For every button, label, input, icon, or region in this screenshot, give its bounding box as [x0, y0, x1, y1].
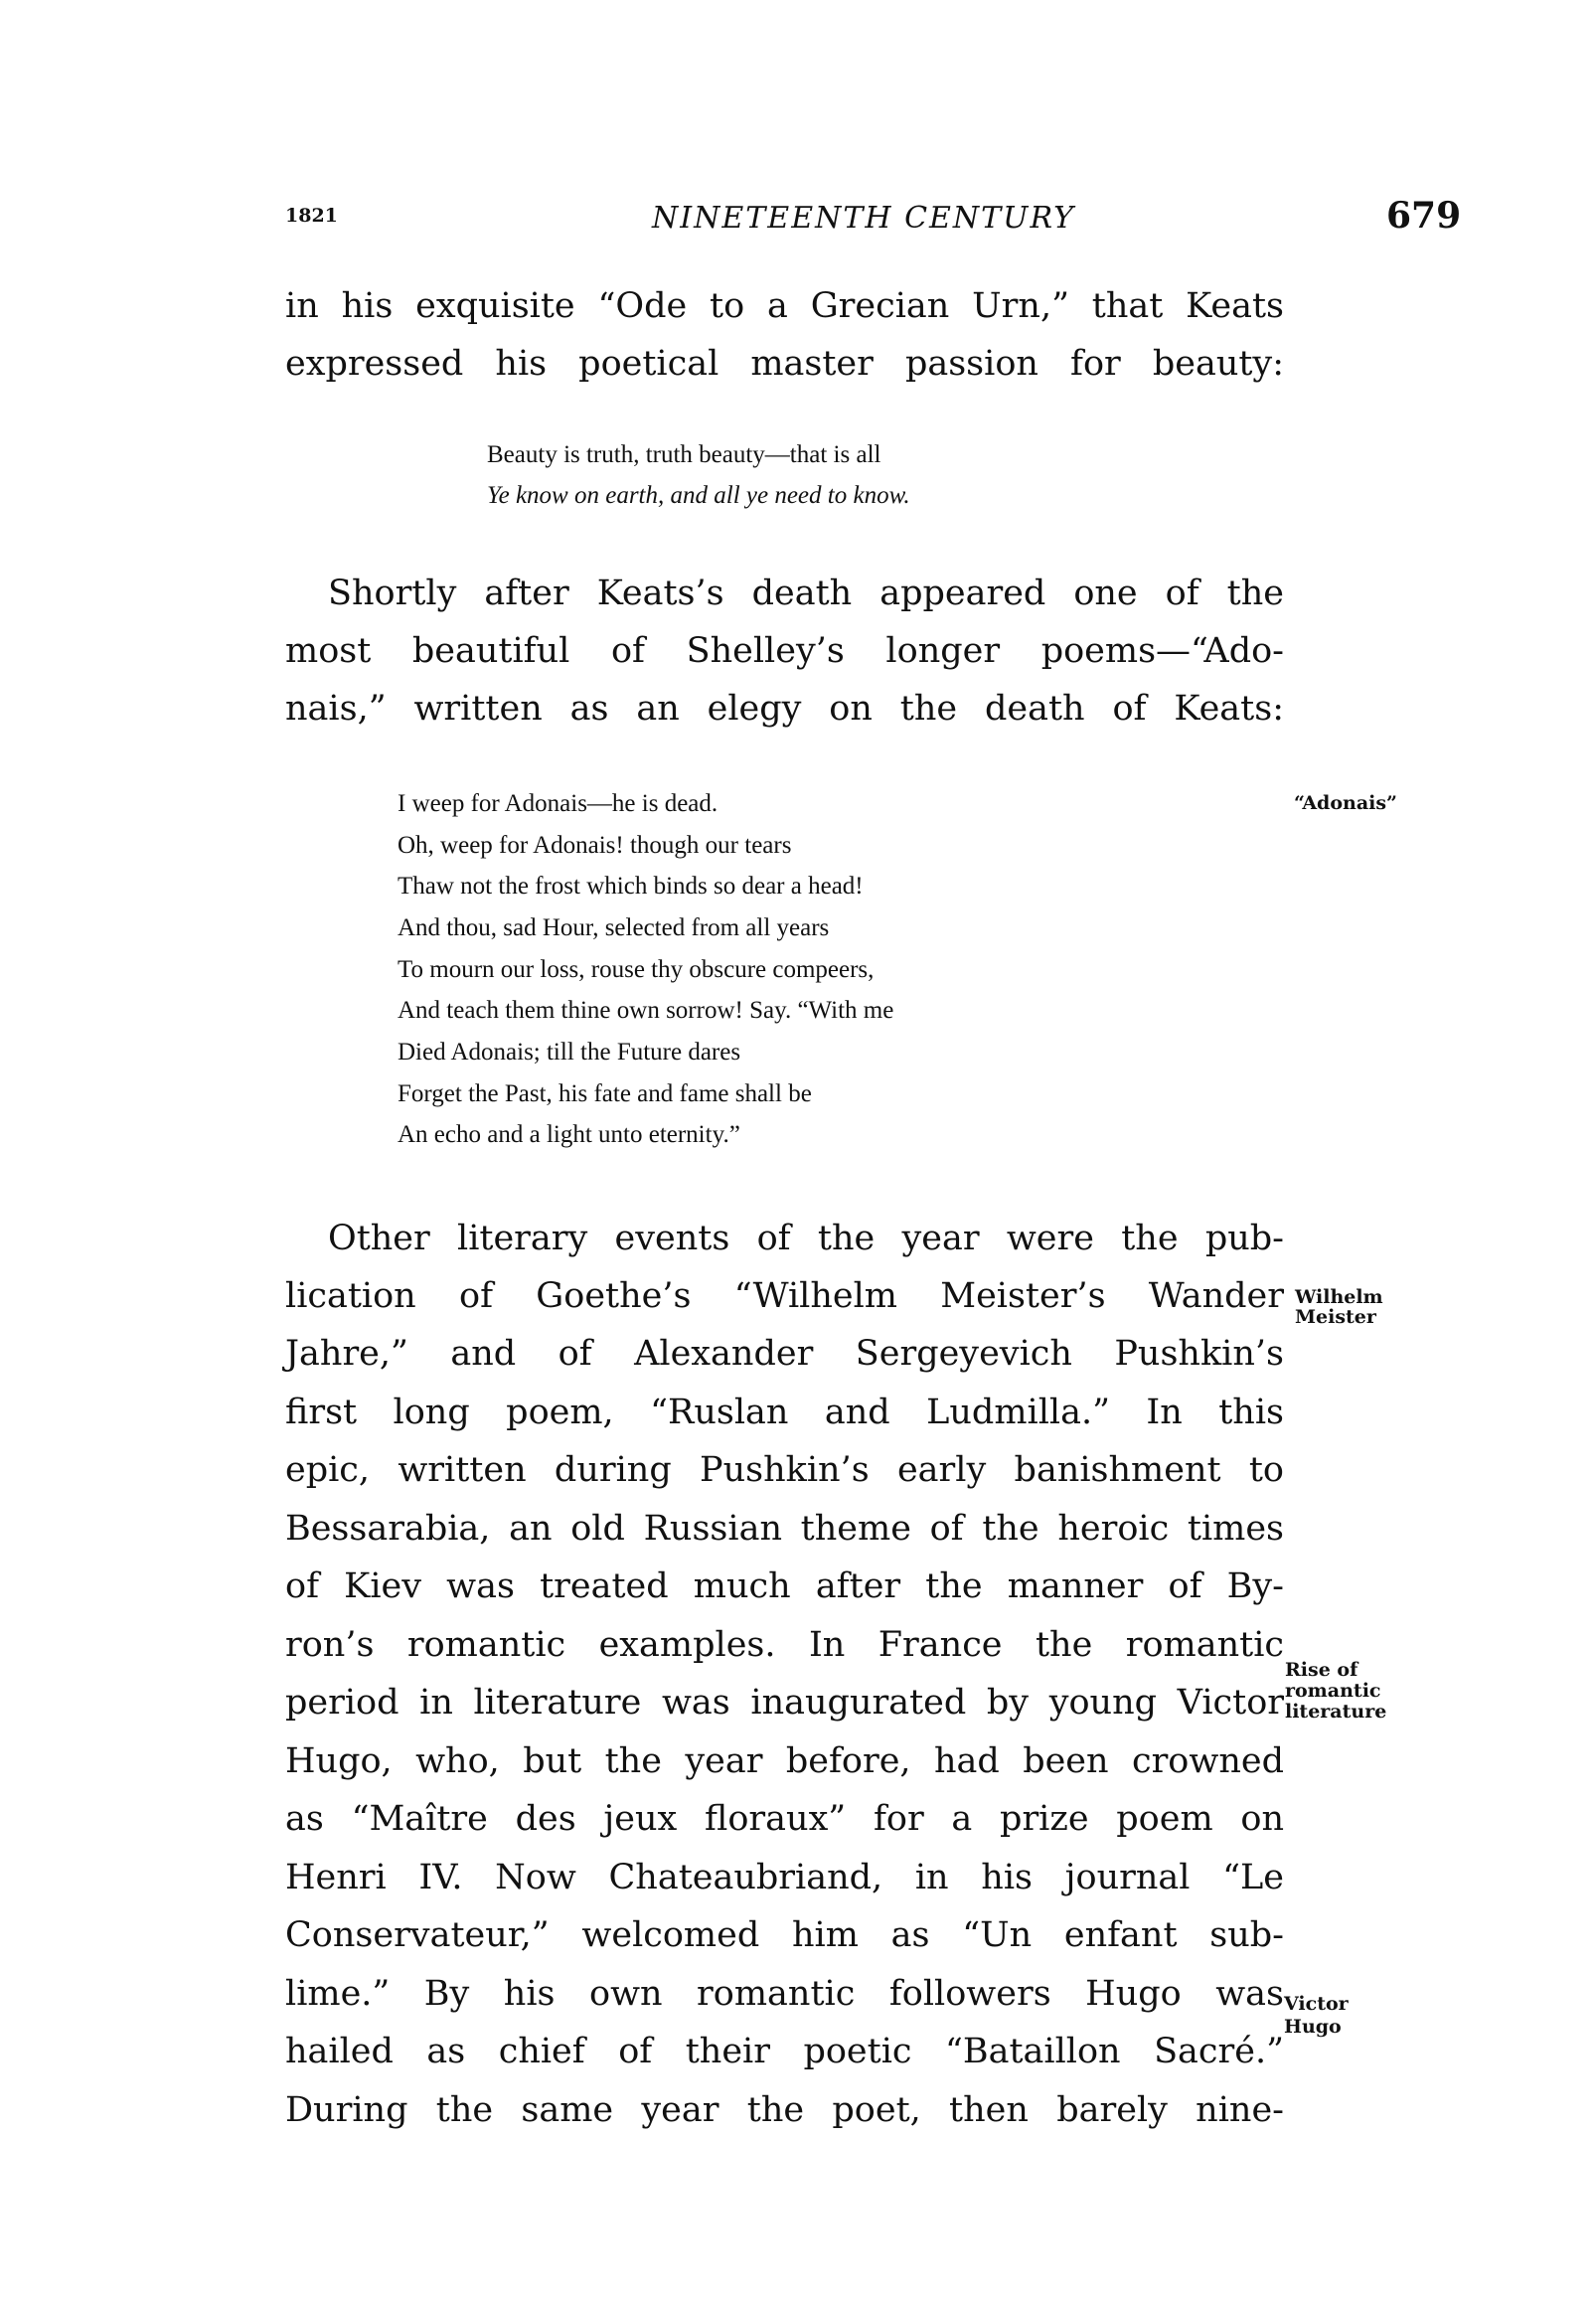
margin-note-line: literature	[1285, 1702, 1386, 1723]
text-line: ron’s romantic examples. In France the r…	[285, 1623, 1284, 1667]
margin-note-adonais: “Adonais”	[1294, 793, 1397, 813]
text-line: lime.” By his own romantic followers Hug…	[285, 1972, 1284, 2016]
verse-line: I weep for Adonais—he is dead.	[398, 788, 718, 820]
header-year: 1821	[285, 205, 338, 227]
verse-line: To mourn our loss, rouse thy obscure com…	[398, 954, 874, 986]
verse-line: Died Adonais; till the Future dares	[398, 1037, 740, 1068]
margin-note-wilhelm-meister: Wilhelm Meister	[1295, 1287, 1383, 1327]
margin-note-victor-hugo: Victor Hugo	[1284, 1993, 1349, 2039]
text-line: Hugo, who, but the year before, had been…	[285, 1739, 1284, 1783]
verse-line: And teach them thine own sorrow! Say. “W…	[398, 995, 893, 1027]
text-line: as “Maître des jeux floraux” for a prize…	[285, 1797, 1284, 1841]
text-line: expressed his poetical master passion fo…	[285, 342, 1284, 386]
margin-note-line: Hugo	[1284, 2016, 1349, 2039]
margin-note-line: romantic	[1285, 1681, 1386, 1702]
text-line: hailed as chief of their poetic “Bataill…	[285, 2030, 1284, 2073]
text-line: Conservateur,” welcomed him as “Un enfan…	[285, 1913, 1284, 1957]
text-line: Bessarabia, an old Russian theme of the …	[285, 1507, 1284, 1551]
text-line: Other literary events of the year were t…	[328, 1217, 1284, 1260]
verse-line: Forget the Past, his fate and fame shall…	[398, 1078, 812, 1110]
text-line: in his exquisite “Ode to a Grecian Urn,”…	[285, 284, 1284, 328]
text-line: Jahre,” and of Alexander Sergeyevich Pus…	[285, 1332, 1284, 1376]
text-line: of Kiev was treated much after the manne…	[285, 1564, 1284, 1608]
verse-line: Thaw not the frost which binds so dear a…	[398, 871, 864, 903]
margin-note-line: Meister	[1295, 1307, 1383, 1327]
text-line: nais,” written as an elegy on the death …	[285, 687, 1284, 731]
running-title: NINETEENTH CENTURY	[629, 201, 1098, 236]
page-number: 679	[1386, 195, 1461, 237]
margin-note-line: Rise of	[1285, 1660, 1386, 1681]
margin-note-line: Wilhelm	[1295, 1287, 1383, 1307]
text-line: epic, written during Pushkin’s early ban…	[285, 1448, 1284, 1492]
margin-note-rise-of-romantic-literature: Rise of romantic literature	[1285, 1660, 1386, 1723]
verse-line: Ye know on earth, and all ye need to kno…	[487, 480, 910, 512]
verse-line: Oh, weep for Adonais! though our tears	[398, 830, 791, 862]
text-line: first long poem, “Ruslan and Ludmilla.” …	[285, 1391, 1284, 1434]
text-line: lication of Goethe’s “Wilhelm Meister’s …	[285, 1274, 1284, 1318]
margin-note-line: Victor	[1284, 1993, 1349, 2016]
verse-line: An echo and a light unto eternity.”	[398, 1119, 740, 1151]
text-line: period in literature was inaugurated by …	[285, 1681, 1284, 1725]
book-page: 1821 NINETEENTH CENTURY 679 in his exqui…	[0, 0, 1596, 2301]
text-line: Shortly after Keats’s death appeared one…	[328, 572, 1284, 615]
verse-line: And thou, sad Hour, selected from all ye…	[398, 912, 829, 944]
verse-line: Beauty is truth, truth beauty—that is al…	[487, 439, 880, 471]
text-line: most beautiful of Shelley’s longer poems…	[285, 629, 1284, 673]
text-line: During the same year the poet, then bare…	[285, 2088, 1284, 2132]
text-line: Henri IV. Now Chateaubriand, in his jour…	[285, 1856, 1284, 1899]
